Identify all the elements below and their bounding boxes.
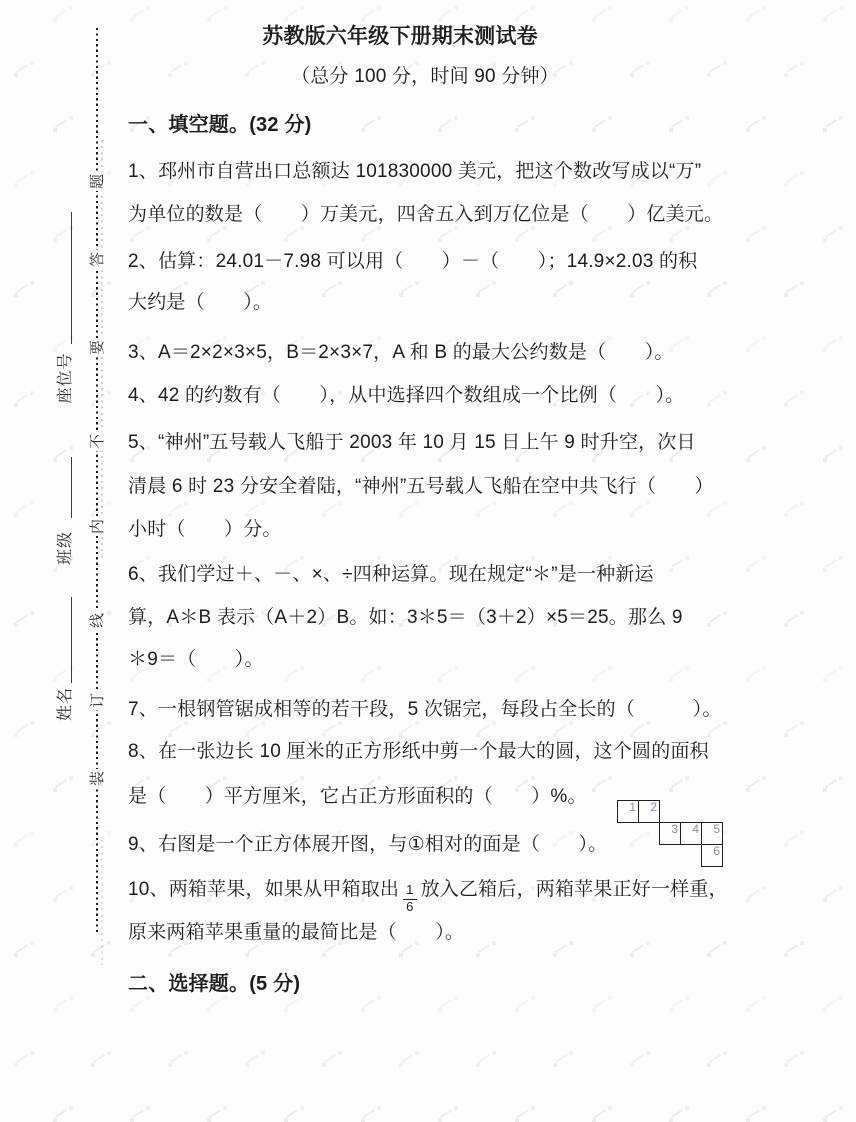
watermark-mark — [784, 281, 804, 297]
watermark-mark — [361, 996, 381, 1012]
watermark-mark — [707, 941, 727, 957]
text-segment: （总分 100 分，时间 90 分钟） — [291, 66, 559, 87]
watermark-mark — [130, 6, 150, 22]
text-segment: 7、一根钢管锯成相等的若干段，5 次锯完，每段占全长的（ ）。 — [128, 699, 722, 720]
text-segment: 6、我们学过＋、－、×、÷四种运算。现在规定“＊”是一种新运 — [128, 564, 654, 585]
q5-line-2: 清晨 6 时 23 分安全着陆，“神州”五号载人飞船在空中共飞行（ ） — [128, 474, 714, 500]
net-cell-number: 2 — [650, 801, 657, 814]
fill-in-blank-line — [71, 597, 72, 683]
watermark-mark — [91, 721, 111, 737]
watermark-mark — [438, 116, 458, 132]
watermark-mark — [399, 721, 419, 737]
watermark-mark — [53, 226, 73, 242]
text-segment: 一、填空题。(32 分) — [128, 114, 312, 136]
text-segment: 10、两箱苹果，如果从甲箱取出 — [128, 879, 399, 900]
watermark-mark — [14, 61, 34, 77]
margin-label-class: 班级 — [56, 478, 76, 618]
watermark-mark — [14, 831, 34, 847]
watermark-mark — [669, 996, 689, 1012]
watermark-mark — [515, 666, 535, 682]
watermark-mark — [746, 556, 766, 572]
binding-char: 装 — [88, 769, 107, 788]
watermark-mark — [53, 446, 73, 462]
watermark-mark — [14, 941, 34, 957]
binding-char: 订 — [88, 691, 107, 710]
watermark-mark — [669, 556, 689, 572]
watermark-mark — [669, 776, 689, 792]
watermark-mark — [707, 391, 727, 407]
watermark-mark — [515, 996, 535, 1012]
binding-char: 答 — [88, 250, 107, 269]
watermark-mark — [553, 281, 573, 297]
fraction-denominator: 6 — [403, 900, 416, 915]
watermark-mark — [746, 446, 766, 462]
watermark-mark — [168, 501, 188, 517]
watermark-mark — [399, 281, 419, 297]
text-segment: 小时（ ）分。 — [128, 519, 282, 540]
net-cell-number: 6 — [713, 845, 720, 858]
watermark-mark — [823, 116, 843, 132]
watermark-mark — [91, 1051, 111, 1067]
margin-label-name: 姓名 — [56, 634, 76, 774]
watermark-mark — [322, 721, 342, 737]
watermark-mark — [823, 1106, 843, 1122]
watermark-mark — [784, 501, 804, 517]
text-segment: 3、A＝2×2×3×5，B＝2×3×7，A 和 B 的最大公约数是（ ）。 — [128, 342, 674, 363]
watermark-mark — [14, 1051, 34, 1067]
q7-line-1: 7、一根钢管锯成相等的若干段，5 次锯完，每段占全长的（ ）。 — [128, 697, 722, 723]
watermark-mark — [14, 171, 34, 187]
watermark-mark — [476, 281, 496, 297]
watermark-mark — [592, 6, 612, 22]
watermark-mark — [399, 501, 419, 517]
watermark-mark — [207, 6, 227, 22]
q2-line-2: 大约是（ ）。 — [128, 290, 272, 316]
watermark-mark — [669, 6, 689, 22]
q5-line-1: 5、“神州”五号载人飞船于 2003 年 10 月 15 日上午 9 时升空，次… — [128, 430, 696, 456]
text-segment: 苏教版六年级下册期末测试卷 — [262, 25, 538, 48]
watermark-mark — [746, 776, 766, 792]
watermark-mark — [322, 281, 342, 297]
watermark-mark — [823, 336, 843, 352]
text-segment: 是（ ）平方厘米，它占正方形面积的（ ）%。 — [128, 786, 587, 807]
watermark-mark — [207, 226, 227, 242]
watermark-mark — [630, 941, 650, 957]
watermark-mark — [284, 6, 304, 22]
watermark-mark — [207, 996, 227, 1012]
watermark-mark — [823, 996, 843, 1012]
watermark-mark — [669, 1106, 689, 1122]
watermark-mark — [245, 1051, 265, 1067]
watermark-mark — [515, 1106, 535, 1122]
watermark-mark — [707, 1051, 727, 1067]
binding-char: 不 — [88, 432, 107, 451]
watermark-mark — [746, 1106, 766, 1122]
watermark-mark — [784, 171, 804, 187]
watermark-mark — [592, 116, 612, 132]
watermark-mark — [630, 831, 650, 847]
scan-artifact-dots — [101, 840, 103, 965]
watermark-mark — [361, 6, 381, 22]
q9-line-1: 9、右图是一个正方体展开图，与①相对的面是（ ）。 — [128, 832, 607, 858]
watermark-mark — [592, 226, 612, 242]
binding-char: 内 — [88, 517, 107, 536]
watermark-mark — [53, 996, 73, 1012]
text-segment: 2、估算：24.01－7.98 可以用（ ）－（ ）；14.9×2.03 的积 — [128, 251, 697, 272]
watermark-mark — [784, 391, 804, 407]
watermark-mark — [515, 116, 535, 132]
text-segment: 清晨 6 时 23 分安全着陆，“神州”五号载人飞船在空中共飞行（ ） — [128, 476, 714, 497]
watermark-mark — [823, 886, 843, 902]
text-segment: 二、选择题。(5 分) — [128, 973, 300, 995]
watermark-mark — [823, 666, 843, 682]
watermark-mark — [515, 6, 535, 22]
section-2-header: 二、选择题。(5 分) — [128, 971, 300, 997]
watermark-mark — [14, 611, 34, 627]
watermark-mark — [553, 721, 573, 737]
text-segment: 大约是（ ）。 — [128, 292, 272, 313]
fraction-numerator: 1 — [403, 883, 416, 899]
watermark-mark — [669, 666, 689, 682]
watermark-mark — [53, 886, 73, 902]
watermark-mark — [784, 941, 804, 957]
q10-line-1: 10、两箱苹果，如果从甲箱取出16放入乙箱后，两箱苹果正好一样重， — [128, 877, 728, 915]
net-cell: 5 — [701, 822, 723, 845]
watermark-mark — [361, 116, 381, 132]
watermark-mark — [592, 1106, 612, 1122]
fraction: 16 — [403, 883, 416, 915]
q6-line-1: 6、我们学过＋、－、×、÷四种运算。现在规定“＊”是一种新运 — [128, 562, 654, 588]
q6-line-3: ＊9＝（ ）。 — [128, 647, 264, 673]
watermark-mark — [53, 1106, 73, 1122]
watermark-mark — [746, 116, 766, 132]
text-segment: 算，A＊B 表示（A＋2）B。如：3＊5＝（3＋2）×5＝25。那么 9 — [128, 607, 683, 628]
watermark-mark — [553, 501, 573, 517]
paper-title: 苏教版六年级下册期末测试卷 — [0, 24, 800, 50]
watermark-mark — [361, 226, 381, 242]
fill-in-blank-line — [71, 457, 72, 518]
watermark-mark — [130, 1106, 150, 1122]
binding-char: 题 — [88, 172, 107, 191]
watermark-mark — [669, 226, 689, 242]
watermark-mark — [476, 941, 496, 957]
watermark-mark — [669, 116, 689, 132]
watermark-mark — [707, 281, 727, 297]
watermark-mark — [284, 666, 304, 682]
net-cell-number: 1 — [629, 801, 636, 814]
q2-line-1: 2、估算：24.01－7.98 可以用（ ）－（ ）；14.9×2.03 的积 — [128, 249, 697, 275]
text-segment: 9、右图是一个正方体展开图，与①相对的面是（ ）。 — [128, 834, 607, 855]
net-cell-number: 4 — [692, 823, 699, 836]
watermark-mark — [130, 996, 150, 1012]
binding-char: 要 — [88, 338, 107, 357]
watermark-mark — [784, 831, 804, 847]
watermark-mark — [14, 721, 34, 737]
binding-char: 线 — [88, 611, 107, 630]
watermark-mark — [53, 6, 73, 22]
paper-subtitle: （总分 100 分，时间 90 分钟） — [50, 64, 800, 90]
q1-line-2: 为单位的数是（ ）万美元，四舍五入到万亿位是（ ）亿美元。 — [128, 202, 723, 228]
net-cell-number: 5 — [713, 823, 720, 836]
text-segment: 8、在一张边长 10 厘米的正方形纸中剪一个最大的圆，这个圆的面积 — [128, 741, 709, 762]
q8-line-1: 8、在一张边长 10 厘米的正方形纸中剪一个最大的圆，这个圆的面积 — [128, 739, 709, 765]
watermark-mark — [784, 1051, 804, 1067]
text-segment: 原来两箱苹果重量的最简比是（ ）。 — [128, 922, 464, 943]
watermark-mark — [746, 886, 766, 902]
watermark-mark — [553, 1051, 573, 1067]
watermark-mark — [746, 666, 766, 682]
watermark-mark — [476, 721, 496, 737]
q1-line-1: 1、邳州市自营出口总额达 101830000 美元，把这个数改写成以“万” — [128, 159, 701, 185]
watermark-mark — [746, 226, 766, 242]
net-cell: 4 — [680, 822, 702, 845]
text-segment: ＊9＝（ ）。 — [128, 649, 264, 670]
text-segment: 放入乙箱后，两箱苹果正好一样重， — [421, 879, 728, 900]
q10-line-2: 原来两箱苹果重量的最简比是（ ）。 — [128, 920, 464, 946]
net-cell: 6 — [701, 844, 723, 867]
watermark-mark — [707, 501, 727, 517]
watermark-mark — [784, 611, 804, 627]
watermark-mark — [823, 556, 843, 572]
watermark-mark — [630, 721, 650, 737]
watermark-mark — [168, 721, 188, 737]
watermark-mark — [707, 611, 727, 627]
watermark-mark — [322, 501, 342, 517]
watermark-mark — [361, 666, 381, 682]
watermark-mark — [592, 776, 612, 792]
watermark-mark — [245, 501, 265, 517]
watermark-mark — [14, 501, 34, 517]
watermark-mark — [707, 721, 727, 737]
text-segment: 1、邳州市自营出口总额达 101830000 美元，把这个数改写成以“万” — [128, 161, 701, 182]
watermark-mark — [823, 6, 843, 22]
text-segment: 为单位的数是（ ）万美元，四舍五入到万亿位是（ ）亿美元。 — [128, 204, 723, 225]
watermark-mark — [168, 1051, 188, 1067]
text-segment: 5、“神州”五号载人飞船于 2003 年 10 月 15 日上午 9 时升空，次… — [128, 432, 696, 453]
q5-line-3: 小时（ ）分。 — [128, 517, 282, 543]
watermark-mark — [284, 226, 304, 242]
q8-line-2: 是（ ）平方厘米，它占正方形面积的（ ）%。 — [128, 784, 587, 810]
watermark-mark — [553, 941, 573, 957]
watermark-mark — [53, 776, 73, 792]
watermark-mark — [399, 1051, 419, 1067]
watermark-mark — [438, 6, 458, 22]
section-1-header: 一、填空题。(32 分) — [128, 112, 312, 138]
watermark-mark — [746, 6, 766, 22]
watermark-mark — [630, 501, 650, 517]
margin-label-seat-number: 座位号 — [56, 308, 76, 448]
text-segment: 4、42 的约数有（ ），从中选择四个数组成一个比例（ ）。 — [128, 385, 684, 406]
binding-dotted-line — [96, 28, 98, 932]
exam-paper-page: 题答要不内线订装 座位号班级姓名 苏教版六年级下册期末测试卷（总分 100 分，… — [0, 0, 856, 1122]
watermark-mark — [245, 721, 265, 737]
watermark-mark — [823, 446, 843, 462]
watermark-mark — [14, 281, 34, 297]
watermark-mark — [784, 721, 804, 737]
watermark-mark — [823, 226, 843, 242]
watermark-mark — [630, 281, 650, 297]
watermark-mark — [438, 226, 458, 242]
q6-line-2: 算，A＊B 表示（A＋2）B。如：3＊5＝（3＋2）×5＝25。那么 9 — [128, 605, 683, 631]
watermark-mark — [592, 666, 612, 682]
watermark-mark — [53, 116, 73, 132]
watermark-mark — [207, 1106, 227, 1122]
watermark-mark — [438, 996, 458, 1012]
watermark-mark — [746, 336, 766, 352]
watermark-mark — [746, 996, 766, 1012]
net-cell: 1 — [617, 800, 639, 823]
watermark-mark — [130, 226, 150, 242]
watermark-mark — [322, 1051, 342, 1067]
watermark-mark — [438, 666, 458, 682]
watermark-mark — [476, 501, 496, 517]
watermark-mark — [438, 1106, 458, 1122]
watermark-mark — [630, 1051, 650, 1067]
net-cell-number: 3 — [671, 823, 678, 836]
watermark-mark — [592, 996, 612, 1012]
q4-line-1: 4、42 的约数有（ ），从中选择四个数组成一个比例（ ）。 — [128, 383, 684, 409]
watermark-mark — [515, 226, 535, 242]
watermark-mark — [707, 171, 727, 187]
net-cell: 3 — [659, 822, 681, 845]
watermark-mark — [284, 996, 304, 1012]
watermark-mark — [284, 1106, 304, 1122]
watermark-mark — [476, 1051, 496, 1067]
fill-in-blank-line — [71, 212, 72, 344]
watermark-mark — [361, 1106, 381, 1122]
watermark-mark — [823, 776, 843, 792]
net-cell: 2 — [638, 800, 660, 823]
watermark-mark — [14, 391, 34, 407]
q3-line-1: 3、A＝2×2×3×5，B＝2×3×7，A 和 B 的最大公约数是（ ）。 — [128, 340, 674, 366]
